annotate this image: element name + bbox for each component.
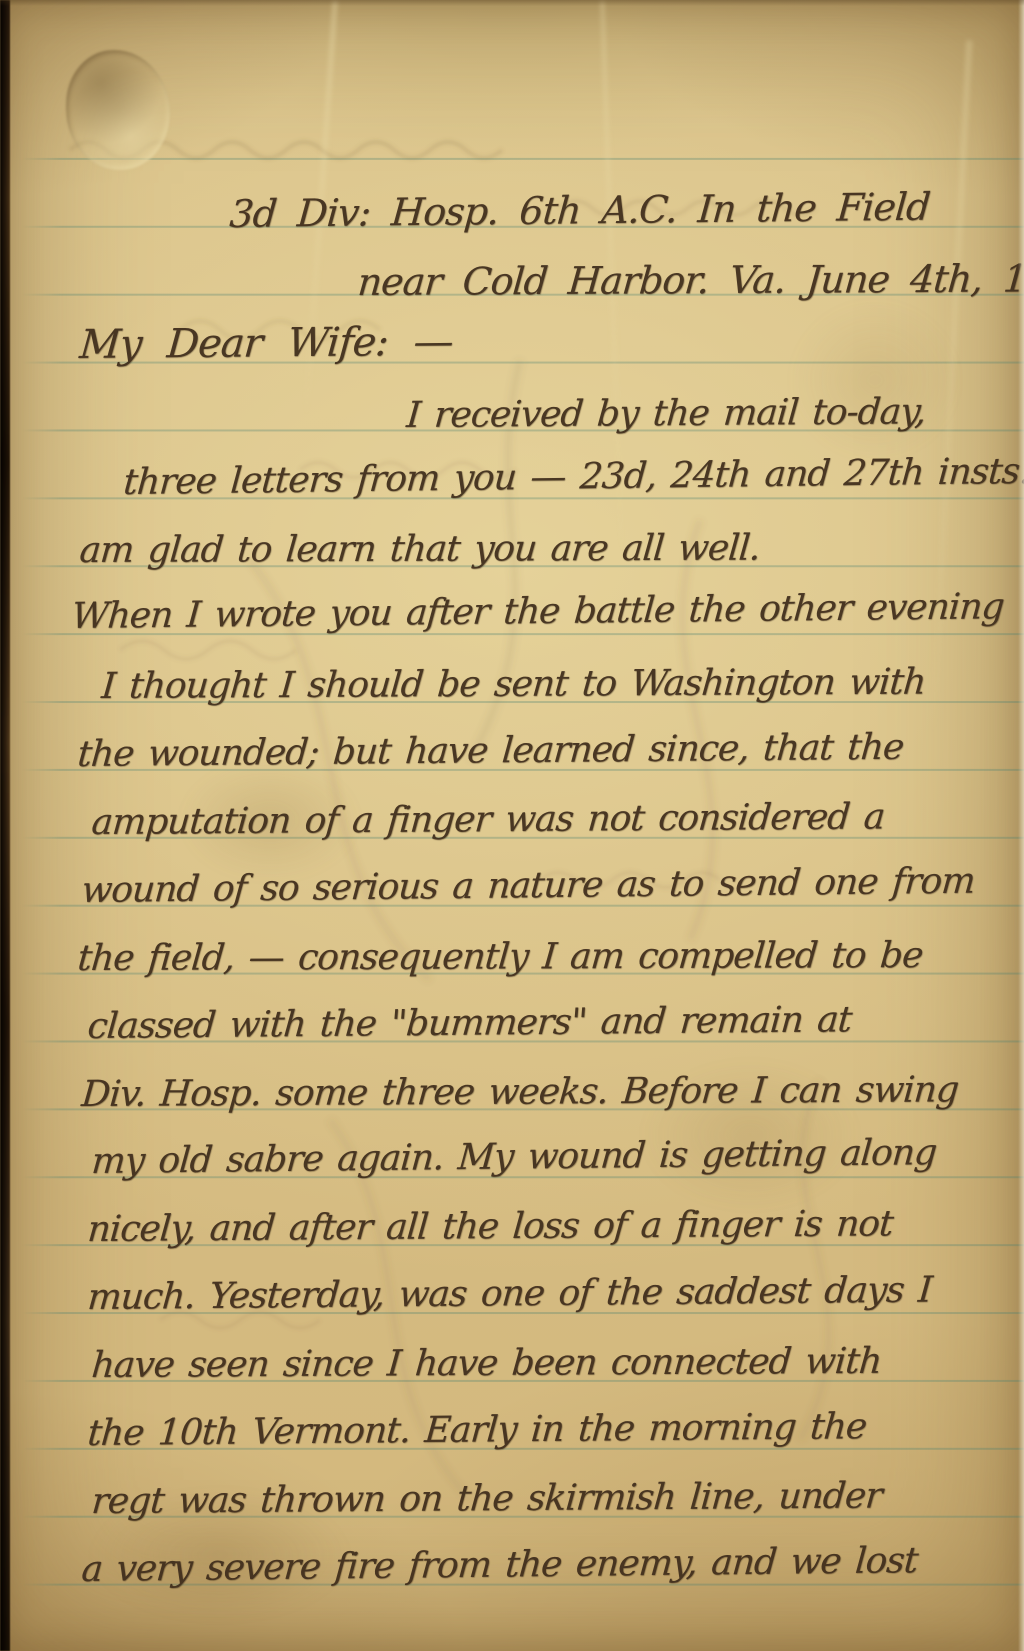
heading-line-1: 3d Div: Hosp. 6th A.C. In the Field: [228, 185, 931, 236]
body-line: classed with the "bummers" and remain at: [86, 999, 853, 1047]
body-line: the 10th Vermont. Early in the morning t…: [86, 1406, 868, 1454]
salutation: My Dear Wife: —: [78, 319, 454, 368]
scan-left-edge: [0, 0, 10, 1651]
scan-top-edge: [0, 0, 1024, 6]
embossed-seal: [66, 50, 170, 170]
body-line: a very severe fire from the enemy, and w…: [80, 1540, 919, 1590]
paper-stain: [790, 300, 960, 460]
body-line: I thought I should be sent to Washington…: [100, 662, 927, 707]
body-line: have seen since I have been connected wi…: [90, 1341, 883, 1386]
body-line: When I wrote you after the battle the ot…: [70, 586, 1005, 637]
body-line: nicely, and after all the loss of a fing…: [86, 1203, 894, 1250]
body-line: the field, — consequently I am compelled…: [76, 935, 924, 979]
body-line: wound of so serious a nature as to send …: [80, 861, 976, 911]
body-line: the wounded; but have learned since, tha…: [76, 727, 905, 775]
scan-right-edge: [1018, 0, 1024, 1651]
body-line: amputation of a finger was not considere…: [90, 796, 886, 843]
body-line: much. Yesterday, was one of the saddest …: [86, 1270, 933, 1318]
body-line: three letters from you — 23d, 24th and 2…: [122, 450, 1024, 503]
body-line: am glad to learn that you are all well.: [78, 528, 762, 571]
body-line: Div. Hosp. some three weeks. Before I ca…: [80, 1069, 960, 1115]
heading-line-2: near Cold Harbor. Va. June 4th, 1864: [356, 256, 1024, 304]
letter-scan-page: 3d Div: Hosp. 6th A.C. In the Field near…: [0, 0, 1024, 1651]
body-line: regt was thrown on the skirmish line, un…: [90, 1475, 883, 1522]
body-line: I received by the mail to-day,: [405, 391, 927, 436]
